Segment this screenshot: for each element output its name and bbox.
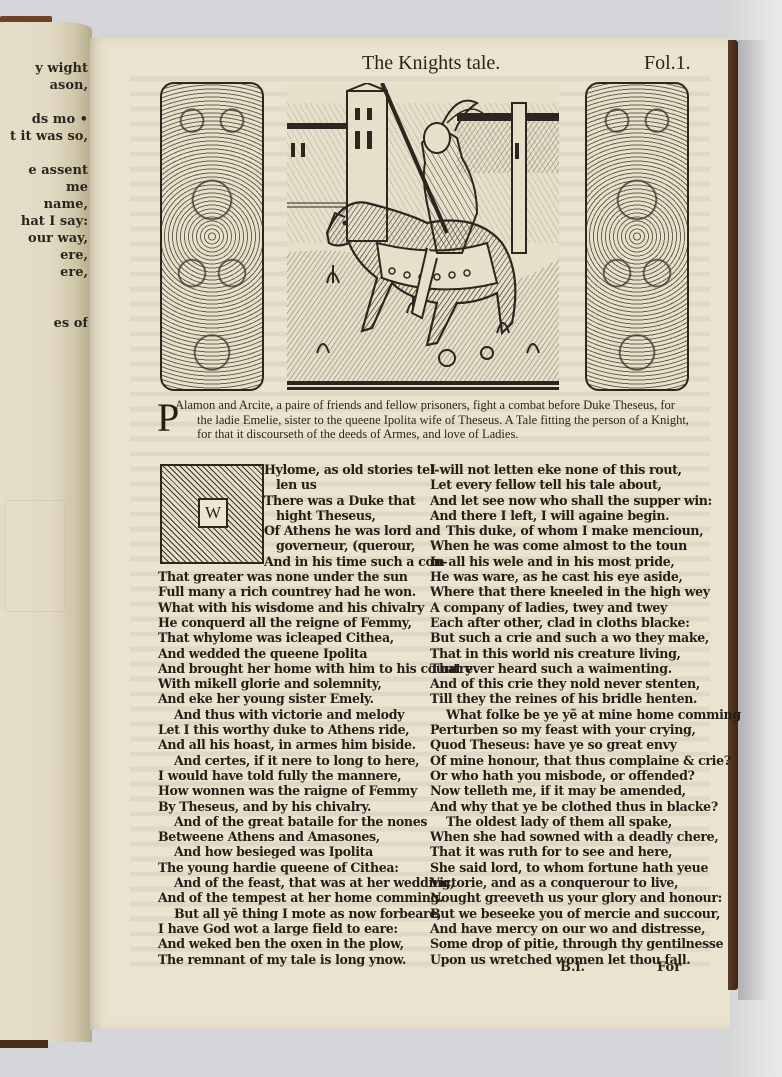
verse-line: And of the great bataile for the nones [158,814,424,829]
verse-line: This duke, of whom I make mencioun, [430,523,715,538]
verse-line: Of Athens he was lord and [158,523,424,538]
binding-edge [728,40,738,990]
verse-line: hight Theseus, [158,508,424,523]
left-page-line [0,298,88,315]
verse-line: And weked ben the oxen in the plow, [158,936,424,951]
verse-line: The oldest lady of them all spake, [430,814,715,829]
verse-line: That greater was none under the sun [158,569,424,584]
left-page-line: hat I say: [0,213,88,230]
verse-line: Each after other, clad in cloths blacke: [430,615,715,630]
left-page-line: ds mo • [0,111,88,128]
running-head: The Knights tale. [362,52,500,75]
verse-line: That in this world nis creature living, [430,646,715,661]
knight-on-horse-icon [287,83,559,387]
verse-line: He was ware, as he cast his eye aside, [430,569,715,584]
left-page-line: e assent [0,162,88,179]
verse-line: What folke be ye yẽ at mine home comming [430,707,715,722]
verse-column-left: Hylome, as old stories tel-len usThere w… [158,462,424,967]
verse-line: By Theseus, and by his chivalry. [158,799,424,814]
left-page-line: es of [0,315,88,332]
verse-line: I will not letten eke none of this rout, [430,462,715,477]
verse-line: And have mercy on our wo and distresse, [430,921,715,936]
verse-line: Some drop of pitie, through thy gentilne… [430,936,715,951]
argument-line: the ladie Emelie, sister to the queene I… [197,413,697,428]
verse-line: When she had sowned with a deadly chere, [430,829,715,844]
verse-line: And in his time such a con- [158,554,424,569]
verse-line: Or who hath you misbode, or offended? [430,768,715,783]
verse-line: And there I left, I will againe begin. [430,508,715,523]
verse-line: And eke her young sister Emely. [158,691,424,706]
left-page-line: name, [0,196,88,213]
verse-line: And wedded the queene Ipolita [158,646,424,661]
argument-initial: P [157,398,179,438]
argument-line: for that it discourseth of the deeds of … [197,427,697,442]
verse-line: And thus with victorie and melody [158,707,424,722]
verse-line: Perturben so my feast with your crying, [430,722,715,737]
woodcut-knight-illustration [287,83,559,390]
left-page-line: ere, [0,264,88,281]
verse-line: And of the tempest at her home comming. [158,890,424,905]
verse-line: Till they the reines of his bridle hente… [430,691,715,706]
left-page-line: our way, [0,230,88,247]
left-page-line [0,145,88,162]
verse-line: She said lord, to whom fortune hath yeue [430,860,715,875]
verse-line: What with his wisdome and his chivalry [158,600,424,615]
ornamental-border-left [160,82,264,391]
verse-line: Of mine honour, that thus complaine & cr… [430,753,715,768]
left-page-line: ere, [0,247,88,264]
verse-column-right: I will not letten eke none of this rout,… [430,462,715,967]
verse-line: Let every fellow tell his tale about, [430,477,715,492]
verse-line: That whylome was icleaped Cithea, [158,630,424,645]
verse-line: len us [158,477,424,492]
verse-line: And of the feast, that was at her weddin… [158,875,424,890]
verse-line: And brought her home with him to his cou… [158,661,424,676]
ornamental-border-right [585,82,689,391]
verse-line: That ever heard such a waimenting. [430,661,715,676]
page-shadow [738,40,768,1000]
signature-mark: B.i. [560,960,585,975]
verse-line: Let I this worthy duke to Athens ride, [158,722,424,737]
verse-line: How wonnen was the raigne of Femmy [158,783,424,798]
verse-line: Betweene Athens and Amasones, [158,829,424,844]
verse-line: I have God wot a large field to eare: [158,921,424,936]
verse-line: In all his wele and in his most pride, [430,554,715,569]
folio-number: Fol.1. [644,52,691,75]
verse-line: There was a Duke that [158,493,424,508]
verse-line: But such a crie and such a wo they make, [430,630,715,645]
verse-line: And why that ye be clothed thus in black… [430,799,715,814]
verse-line: And let see now who shall the supper win… [430,493,715,508]
verse-line: Quod Theseus: have ye so great envy [430,737,715,752]
verse-line: The remnant of my tale is long ynow. [158,952,424,967]
verse-line: The young hardie queene of Cithea: [158,860,424,875]
left-page-line: t it was so, [0,128,88,145]
verse-line: A company of ladies, twey and twey [430,600,715,615]
verse-line: And of this crie they nold never stenten… [430,676,715,691]
left-page-text-fragment: y wightason,ds mo •t it was so,e assentm… [0,60,88,332]
left-page-line: ason, [0,77,88,94]
verse-line: And all his hoast, in armes him biside. [158,737,424,752]
verse-line: That it was ruth for to see and here, [430,844,715,859]
catchword: For [657,960,681,975]
left-page-line: y wight [0,60,88,77]
argument-line: Alamon and Arcite, a paire of friends an… [175,398,697,413]
left-binding-bottom [0,1040,48,1048]
verse-line: I would have told fully the mannere, [158,768,424,783]
left-page-ghost-ornament [4,500,66,612]
verse-line: But all yẽ thing I mote as now forbeare, [158,906,424,921]
verse-line: Now telleth me, if it may be amended, [430,783,715,798]
verse-line: When he was come almost to the toun [430,538,715,553]
verse-line: And certes, if it nere to long to here, [158,753,424,768]
left-page-line [0,94,88,111]
tale-argument: P Alamon and Arcite, a paire of friends … [157,398,697,442]
left-page-line [0,281,88,298]
verse-line: Nought greeveth us your glory and honour… [430,890,715,905]
verse-line: But we beseeke you of mercie and succour… [430,906,715,921]
verse-line: Full many a rich countrey had he won. [158,584,424,599]
verse-line: governeur, (querour, [158,538,424,553]
verse-line: Hylome, as old stories tel- [158,462,424,477]
verse-line: Victorie, and as a conquerour to live, [430,875,715,890]
verse-line: Where that there kneeled in the high wey [430,584,715,599]
verse-line: And how besieged was Ipolita [158,844,424,859]
verse-line: With mikell glorie and solemnity, [158,676,424,691]
verse-line: He conquerd all the reigne of Femmy, [158,615,424,630]
left-page-line: me [0,179,88,196]
